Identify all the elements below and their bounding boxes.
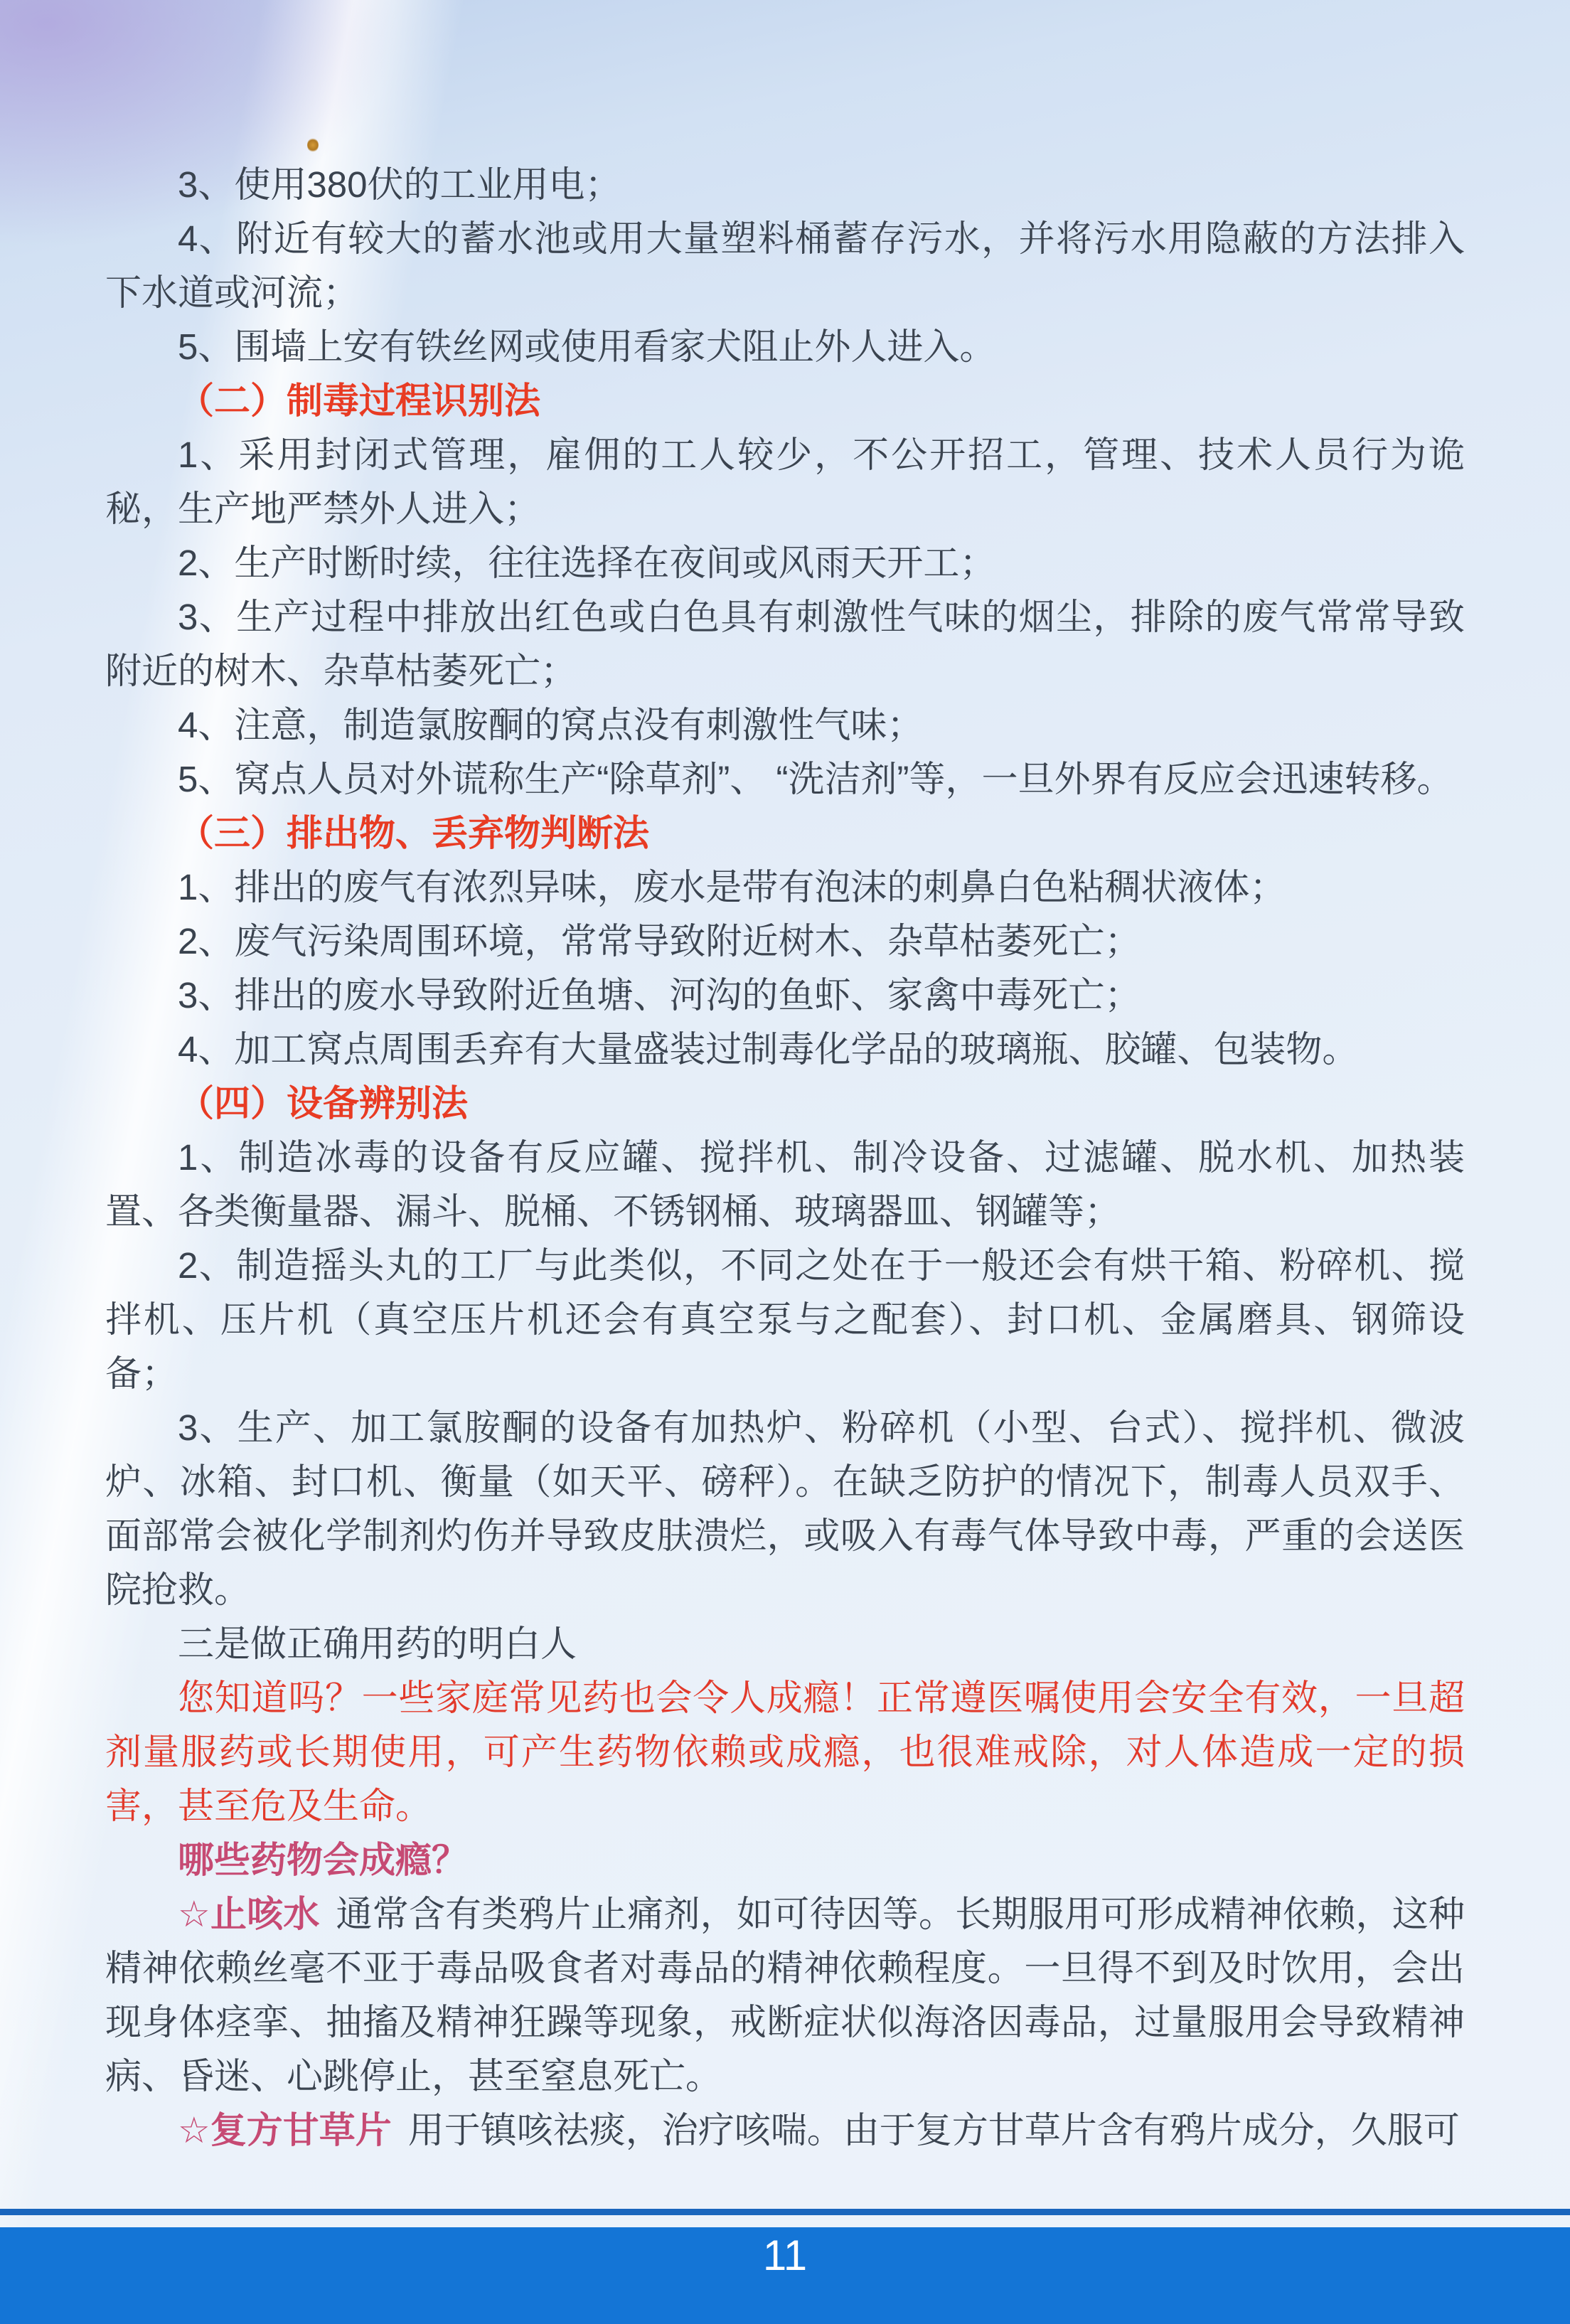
list-item: 2、制造摇头丸的工厂与此类似，不同之处在于一般还会有烘干箱、粉碎机、搅拌机、压片… bbox=[105, 1239, 1465, 1401]
list-item: 4、附近有较大的蓄水池或用大量塑料桶蓄存污水，并将污水用隐蔽的方法排入下水道或河… bbox=[105, 212, 1465, 320]
page-number: 11 bbox=[0, 2233, 1570, 2278]
section-heading-3: （三）排出物、丢弃物判断法 bbox=[105, 806, 1465, 860]
list-item: 3、排出的废水导致附近鱼塘、河沟的鱼虾、家禽中毒死亡； bbox=[105, 969, 1465, 1023]
scan-speck bbox=[307, 138, 319, 152]
footer-bar: 11 bbox=[0, 2227, 1570, 2324]
list-item: 4、注意，制造氯胺酮的窝点没有刺激性气味； bbox=[105, 698, 1465, 752]
list-item: 2、生产时断时续，往往选择在夜间或风雨天开工； bbox=[105, 536, 1465, 590]
drug-term: 止咳水 bbox=[210, 1894, 320, 1934]
question-heading: 哪些药物会成瘾？ bbox=[105, 1833, 1465, 1887]
drug-description: 用于镇咳祛痰，治疗咳喘。由于复方甘草片含有鸦片成分，久服可 bbox=[408, 2110, 1460, 2150]
drug-entry-cough-syrup: ☆止咳水通常含有类鸦片止痛剂，如可待因等。长期服用可形成精神依赖，这种精神依赖丝… bbox=[105, 1887, 1465, 2104]
section-heading-4: （四）设备辨别法 bbox=[105, 1077, 1465, 1131]
list-item: 1、采用封闭式管理，雇佣的工人较少，不公开招工，管理、技术人员行为诡秘，生产地严… bbox=[105, 428, 1465, 536]
drug-entry-licorice-tablets: ☆复方甘草片用于镇咳祛痰，治疗咳喘。由于复方甘草片含有鸦片成分，久服可 bbox=[105, 2104, 1465, 2158]
star-icon: ☆ bbox=[178, 2110, 210, 2150]
list-item: 3、使用380伏的工业用电； bbox=[105, 158, 1465, 212]
section-heading-2: （二）制毒过程识别法 bbox=[105, 374, 1465, 428]
drug-term: 复方甘草片 bbox=[210, 2110, 392, 2150]
list-item: 3、生产过程中排放出红色或白色具有刺激性气味的烟尘，排除的废气常常导致附近的树木… bbox=[105, 590, 1465, 698]
footer-divider bbox=[0, 2209, 1570, 2215]
star-icon: ☆ bbox=[178, 1894, 210, 1934]
lead-line: 三是做正确用药的明白人 bbox=[105, 1617, 1465, 1671]
list-item: 3、生产、加工氯胺酮的设备有加热炉、粉碎机（小型、台式）、搅拌机、微波炉、冰箱、… bbox=[105, 1401, 1465, 1617]
list-item: 5、围墙上安有铁丝网或使用看家犬阻止外人进入。 bbox=[105, 320, 1465, 374]
list-item: 1、排出的废气有浓烈异味，废水是带有泡沫的刺鼻白色粘稠状液体； bbox=[105, 860, 1465, 915]
list-item: 2、废气污染周围环境，常常导致附近树木、杂草枯萎死亡； bbox=[105, 915, 1465, 969]
list-item: 4、加工窝点周围丢弃有大量盛装过制毒化学品的玻璃瓶、胶罐、包装物。 bbox=[105, 1023, 1465, 1077]
list-item: 1、制造冰毒的设备有反应罐、搅拌机、制冷设备、过滤罐、脱水机、加热装置、各类衡量… bbox=[105, 1131, 1465, 1239]
list-item: 5、窝点人员对外谎称生产“除草剂”、 “洗洁剂”等，一旦外界有反应会迅速转移。 bbox=[105, 752, 1465, 806]
document-page: 3、使用380伏的工业用电； 4、附近有较大的蓄水池或用大量塑料桶蓄存污水，并将… bbox=[0, 0, 1570, 2324]
warning-paragraph: 您知道吗？一些家庭常见药也会令人成瘾！正常遵医嘱使用会安全有效，一旦超剂量服药或… bbox=[105, 1671, 1465, 1833]
page-content: 3、使用380伏的工业用电； 4、附近有较大的蓄水池或用大量塑料桶蓄存污水，并将… bbox=[105, 158, 1465, 2158]
